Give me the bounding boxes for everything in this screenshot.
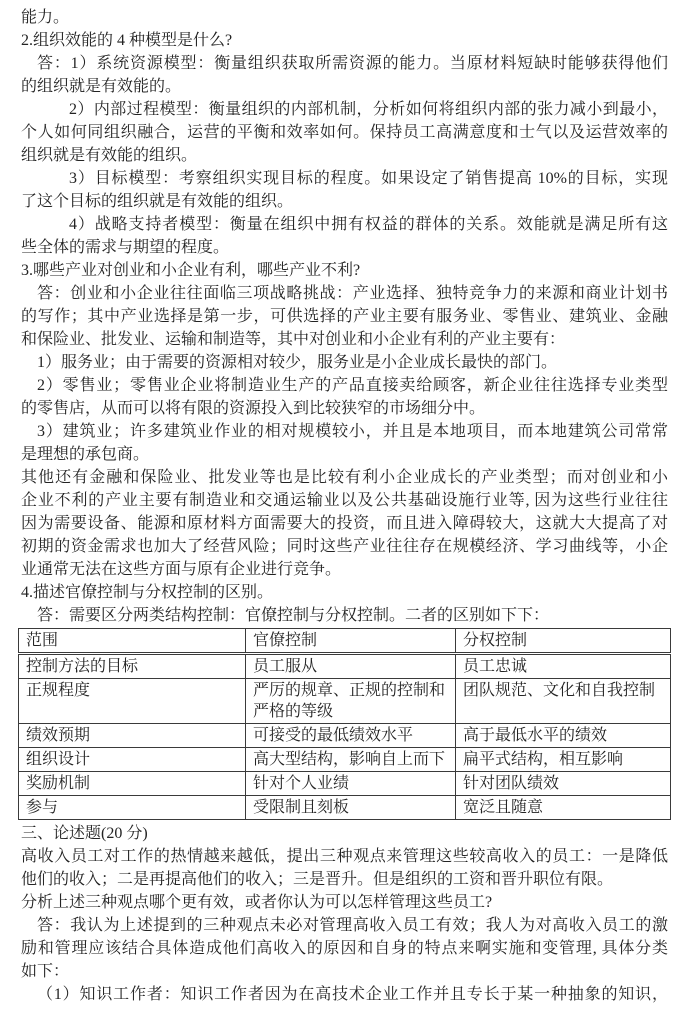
table-body: 控制方法的目标员工服从员工忠诚正规程度严厉的规章、正规的控制和严格的等级团队规范… — [19, 654, 671, 820]
table-cell: 受限制且刻板 — [246, 796, 456, 820]
table-header-cell: 分权控制 — [456, 629, 671, 654]
text-line: 2）内部过程模型：衡量组织的内部机制，分析如何将组织内部的张力减小到最小， — [21, 98, 668, 121]
table-row: 正规程度严厉的规章、正规的控制和严格的等级团队规范、文化和自我控制 — [19, 679, 671, 724]
text-line: 4.描述官僚控制与分权控制的区别。 — [21, 581, 668, 604]
text-line: 些全体的需求与期望的程度。 — [21, 236, 668, 259]
table-cell: 针对团队绩效 — [456, 772, 671, 796]
text-line: 和保险业、批发业、运输和制造等，其中对创业和小企业有利的产业主要有： — [21, 328, 668, 351]
control-comparison-table: 范围官僚控制分权控制 控制方法的目标员工服从员工忠诚正规程度严厉的规章、正规的控… — [18, 628, 671, 820]
table-header-cell: 官僚控制 — [246, 629, 456, 654]
text-line: 高收入员工对工作的热情越来越低，提出三种观点来管理这些较高收入的员工：一是降低 — [21, 845, 668, 868]
text-line: 分析上述三种观点哪个更有效，或者你认为可以怎样管理这些员工? — [21, 891, 668, 914]
text-line: 3）目标模型：考察组织实现目标的程度。如果设定了销售提高 10%的目标，实现 — [21, 167, 668, 190]
text-line: 1）服务业；由于需要的资源相对较少，服务业是小企业成长最快的部门。 — [21, 351, 668, 374]
text-line: 因为需要设备、能源和原材料方面需要大的投资，而且进入障碍较大，这就大大提高了对 — [21, 512, 668, 535]
table-cell: 员工忠诚 — [456, 654, 671, 679]
table-cell: 奖励机制 — [19, 772, 246, 796]
table-row: 绩效预期可接受的最低绩效水平高于最低水平的绩效 — [19, 724, 671, 748]
table-cell: 参与 — [19, 796, 246, 820]
table-cell: 扁平式结构，相互影响 — [456, 748, 671, 772]
text-line: 组织就是有效能的组织。 — [21, 144, 668, 167]
text-line: 答：需要区分两类结构控制：官僚控制与分权控制。二者的区别如下下： — [21, 604, 668, 627]
text-line: 答：1）系统资源模型：衡量组织获取所需资源的能力。当原材料短缺时能够获得他们 — [21, 52, 668, 75]
document-page: 能力。2.组织效能的 4 种模型是什么?答：1）系统资源模型：衡量组织获取所需资… — [0, 0, 689, 1015]
table-cell: 绩效预期 — [19, 724, 246, 748]
text-line: 企业不利的产业主要有制造业和交通运输业以及公共基础设施行业等, 因为这些行业往往 — [21, 489, 668, 512]
text-line: 4）战略支持者模型：衡量在组织中拥有权益的群体的关系。效能就是满足所有这 — [21, 213, 668, 236]
document-body-bottom: 三、论述题(20 分)高收入员工对工作的热情越来越低，提出三种观点来管理这些较高… — [21, 822, 668, 1006]
text-line: 个人如何同组织融合，运营的平衡和效率如何。保持员工高满意度和士气以及运营效率的 — [21, 121, 668, 144]
table-cell: 宽泛且随意 — [456, 796, 671, 820]
text-line: 3.哪些产业对创业和小企业有利，哪些产业不利? — [21, 259, 668, 282]
document-body-top: 能力。2.组织效能的 4 种模型是什么?答：1）系统资源模型：衡量组织获取所需资… — [21, 6, 668, 627]
text-line: 其他还有金融和保险业、批发业等也是比较有利小企业成长的产业类型；而对创业和小 — [21, 466, 668, 489]
text-line: 了这个目标的组织就是有效能的组织。 — [21, 190, 668, 213]
text-line: 能力。 — [21, 6, 668, 29]
text-line: 答：我认为上述提到的三种观点未必对管理高收入员工有效；我人为对高收入员工的激 — [21, 914, 668, 937]
table-row: 控制方法的目标员工服从员工忠诚 — [19, 654, 671, 679]
table-row: 奖励机制针对个人业绩针对团队绩效 — [19, 772, 671, 796]
text-line: 3）建筑业；许多建筑业作业的相对规模较小，并且是本地项目，而本地建筑公司常常 — [21, 420, 668, 443]
table-cell: 组织设计 — [19, 748, 246, 772]
text-line: 2）零售业；零售业企业将制造业生产的产品直接卖给顾客，新企业往往选择专业类型 — [21, 374, 668, 397]
table-header-row: 范围官僚控制分权控制 — [19, 629, 671, 654]
text-line: 励和管理应该结合具体造成他们高收入的原因和自身的特点来啊实施和变管理, 具体分类 — [21, 937, 668, 960]
table-header-cell: 范围 — [19, 629, 246, 654]
table-cell: 员工服从 — [246, 654, 456, 679]
text-line: 的写作；其中产业选择是第一步，可供选择的产业主要有服务业、零售业、建筑业、金融 — [21, 305, 668, 328]
text-line: 答：创业和小企业往往面临三项战略挑战：产业选择、独特竞争力的来源和商业计划书 — [21, 282, 668, 305]
table-cell: 正规程度 — [19, 679, 246, 724]
text-line: 是理想的承包商。 — [21, 443, 668, 466]
table-cell: 高于最低水平的绩效 — [456, 724, 671, 748]
table-cell: 控制方法的目标 — [19, 654, 246, 679]
table-cell: 针对个人业绩 — [246, 772, 456, 796]
text-line: （1）知识工作者：知识工作者因为在高技术企业工作并且专长于某一种抽象的知识， — [21, 983, 668, 1006]
text-line: 的零售店，从而可以将有限的资源投入到比较狭窄的市场细分中。 — [21, 397, 668, 420]
text-line: 三、论述题(20 分) — [21, 822, 668, 845]
text-line: 初期的资金需求也加大了经营风险；同时这些产业往往存在规模经济、学习曲线等，小企 — [21, 535, 668, 558]
table-cell: 团队规范、文化和自我控制 — [456, 679, 671, 724]
table-row: 组织设计高大型结构，影响自上而下扁平式结构，相互影响 — [19, 748, 671, 772]
table-cell: 可接受的最低绩效水平 — [246, 724, 456, 748]
table-cell: 高大型结构，影响自上而下 — [246, 748, 456, 772]
text-line: 他们的收入；二是再提高他们的收入；三是晋升。但是组织的工资和晋升职位有限。 — [21, 868, 668, 891]
text-line: 如下： — [21, 960, 668, 983]
text-line: 的组织就是有效能的。 — [21, 75, 668, 98]
text-line: 业通常无法在这些方面与原有企业进行竞争。 — [21, 558, 668, 581]
table-cell: 严厉的规章、正规的控制和严格的等级 — [246, 679, 456, 724]
text-line: 2.组织效能的 4 种模型是什么? — [21, 29, 668, 52]
table-row: 参与受限制且刻板宽泛且随意 — [19, 796, 671, 820]
